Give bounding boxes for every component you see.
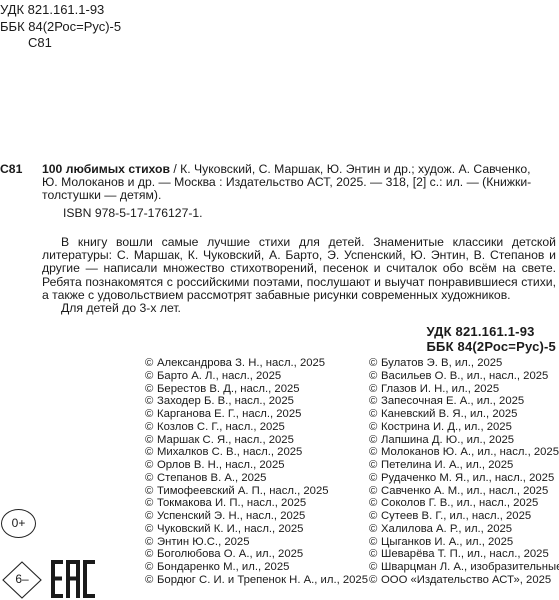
copyright-icon: © — [145, 383, 157, 396]
copyright-icon: © — [145, 446, 157, 459]
copyright-icon: © — [145, 548, 157, 561]
copyright-item: ©Чуковский К. И., насл., 2025 — [145, 523, 368, 536]
copyright-icon: © — [145, 574, 157, 587]
copyright-holder: Савченко А. М., ил., насл., 2025 — [381, 485, 548, 497]
copyright-holder: Заходер Б. В., насл., 2025 — [157, 395, 294, 407]
copyright-icon: © — [369, 446, 381, 459]
copyright-item: ©Степанов В. А., 2025 — [145, 472, 368, 485]
copyright-icon: © — [145, 395, 157, 408]
copyright-holder: Чуковский К. И., насл., 2025 — [157, 523, 303, 535]
copyright-icon: © — [369, 497, 381, 510]
copyright-item: ©Михалков С. В., насл., 2025 — [145, 446, 368, 459]
copyright-item: ©Васильев О. В., ил., насл., 2025 — [369, 370, 559, 383]
copyright-holder: Бондаренко М., ил., 2025 — [157, 561, 289, 573]
copyright-holder: Успенский Э. Н., насл., 2025 — [157, 510, 305, 522]
udk-code-top: УДК 821.161.1-93 — [0, 2, 121, 19]
copyright-icon: © — [369, 561, 381, 574]
copyright-item: ©Рудаченко М. Я., ил., насл., 2025 — [369, 472, 559, 485]
copyright-icon: © — [369, 434, 381, 447]
age-rating-badge: 0+ — [1, 509, 36, 538]
copyright-item: ©Шварцман Л. А., изобразительные персона… — [369, 561, 559, 574]
copyright-icon: © — [145, 523, 157, 536]
copyright-item: ©Берестов В. Д., насл., 2025 — [145, 383, 368, 396]
copyright-holder: Глазов И. Н., ил., 2025 — [381, 383, 499, 395]
copyright-icon: © — [369, 536, 381, 549]
copyright-icon: © — [369, 459, 381, 472]
copyright-item: ©Карганова Е. Г., насл., 2025 — [145, 408, 368, 421]
copyright-icon: © — [145, 459, 157, 472]
copyright-item: ©Молоканов Ю. А., ил., насл., 2025 — [369, 446, 559, 459]
copyright-item: ©Каневский В. Я., ил., 2025 — [369, 408, 559, 421]
age-note: Для детей до 3-х лет. — [42, 302, 556, 315]
top-classification-codes: УДК 821.161.1-93 ББК 84(2Рос=Рус)-5 С81 — [0, 2, 121, 52]
copyright-holder: Булатов Э. В, ил., 2025 — [381, 357, 502, 369]
bbk-code-top: ББК 84(2Рос=Рус)-5 — [0, 19, 121, 36]
copyright-holder: Боголюбова О. А., ил., 2025 — [157, 548, 303, 560]
copyright-icon: © — [145, 421, 157, 434]
eac-mark-icon — [50, 559, 96, 599]
copyright-icon: © — [369, 370, 381, 383]
copyright-item: ©Сутеев В. Г., ил., насл., 2025 — [369, 510, 559, 523]
copyright-holder: Карганова Е. Г., насл., 2025 — [157, 408, 301, 420]
udk-code: УДК 821.161.1-93 — [427, 324, 557, 339]
copyright-icon: © — [369, 395, 381, 408]
copyright-holder: Барто А. Л., насл., 2025 — [157, 370, 281, 382]
copyright-list-left: ©Александрова З. Н., насл., 2025©Барто А… — [145, 357, 368, 587]
copyright-holder: Васильев О. В., ил., насл., 2025 — [381, 370, 548, 382]
bibliographic-record: С81100 любимых стихов / К. Чуковский, С.… — [0, 163, 556, 203]
copyright-holder: Молоканов Ю. А., ил., насл., 2025 — [381, 446, 559, 458]
copyright-icon: © — [369, 383, 381, 396]
copyright-icon: © — [145, 485, 157, 498]
copyright-item: ©Бондаренко М., ил., 2025 — [145, 561, 368, 574]
copyright-icon: © — [369, 510, 381, 523]
copyright-holder: Лапшина Д. Ю., ил., 2025 — [381, 434, 514, 446]
copyright-item: ©Лапшина Д. Ю., ил., 2025 — [369, 434, 559, 447]
copyright-item: ©Запесочная Е. А., ил., 2025 — [369, 395, 559, 408]
copyright-holder: Соколов Г. В., ил., насл., 2025 — [381, 497, 538, 509]
copyright-item: ©Цыганков И. А., ил., 2025 — [369, 536, 559, 549]
copyright-holder: Орлов В. Н., насл., 2025 — [157, 459, 285, 471]
copyright-item: ©Петелина И. А., ил., 2025 — [369, 459, 559, 472]
copyright-item: ©Бордюг С. И. и Трепенок Н. А., ил., 202… — [145, 574, 368, 587]
copyright-item: ©Кострина И. Д., ил., 2025 — [369, 421, 559, 434]
annotation: В книгу вошли самые лучшие стихи для дет… — [42, 236, 556, 315]
biblio-line-3: толстушки — детям). — [0, 189, 556, 202]
copyright-item: ©Боголюбова О. А., ил., 2025 — [145, 548, 368, 561]
copyright-icon: © — [145, 357, 157, 370]
book-title: 100 любимых стихов — [42, 162, 170, 176]
copyright-holder: Александрова З. Н., насл., 2025 — [157, 357, 325, 369]
bbk-code: ББК 84(2Рос=Рус)-5 — [427, 339, 557, 354]
copyright-item: ©Александрова З. Н., насл., 2025 — [145, 357, 368, 370]
right-classification-codes: УДК 821.161.1-93 ББК 84(2Рос=Рус)-5 — [427, 324, 557, 354]
copyright-holder: Маршак С. Я., насл., 2025 — [157, 434, 294, 446]
copyright-holder: Запесочная Е. А., ил., 2025 — [381, 395, 524, 407]
copyright-holder: Козлов С. Г., насл., 2025 — [157, 421, 285, 433]
copyright-holder: Кострина И. Д., ил., 2025 — [381, 421, 512, 433]
copyright-item: ©Барто А. Л., насл., 2025 — [145, 370, 368, 383]
copyright-item: ©Заходер Б. В., насл., 2025 — [145, 395, 368, 408]
copyright-item: ©Орлов В. Н., насл., 2025 — [145, 459, 368, 472]
copyright-holder: Рудаченко М. Я., ил., насл., 2025 — [381, 472, 554, 484]
copyright-icon: © — [369, 357, 381, 370]
copyright-item: ©Глазов И. Н., ил., 2025 — [369, 383, 559, 396]
copyright-icon: © — [145, 536, 157, 549]
copyright-icon: © — [369, 523, 381, 536]
copyright-icon: © — [369, 472, 381, 485]
copyright-icon: © — [369, 548, 381, 561]
copyright-holder: Петелина И. А., ил., 2025 — [381, 459, 513, 471]
copyright-item: ©Энтин Ю.С., 2025 — [145, 536, 368, 549]
copyright-holder: Сутеев В. Г., ил., насл., 2025 — [381, 510, 531, 522]
age-limit-text: 6– — [2, 561, 42, 599]
copyright-icon: © — [145, 370, 157, 383]
age-rating-text: 0+ — [12, 517, 26, 530]
copyright-holder: Шеварёва Т. П., ил., насл., 2025 — [381, 548, 549, 560]
copyright-item: ©Халилова А. Р., ил., 2025 — [369, 523, 559, 536]
copyright-holder: ООО «Издательство АСТ», 2025 — [381, 574, 551, 586]
age-limit-diamond: 6– — [2, 561, 42, 600]
isbn: ISBN 978-5-17-176127-1. — [63, 207, 203, 220]
copyright-icon: © — [145, 408, 157, 421]
copyright-item: ©Булатов Э. В, ил., 2025 — [369, 357, 559, 370]
copyright-item: ©Успенский Э. Н., насл., 2025 — [145, 510, 368, 523]
copyright-icon: © — [145, 561, 157, 574]
copyright-item: ©Соколов Г. В., ил., насл., 2025 — [369, 497, 559, 510]
author-cipher-top: С81 — [0, 35, 121, 52]
copyright-icon: © — [145, 434, 157, 447]
copyright-list-right: ©Булатов Э. В, ил., 2025©Васильев О. В.,… — [369, 357, 559, 587]
copyright-icon: © — [369, 421, 381, 434]
copyright-item: ©ООО «Издательство АСТ», 2025 — [369, 574, 559, 587]
copyright-holder: Бордюг С. И. и Трепенок Н. А., ил., 2025 — [157, 574, 368, 586]
copyright-icon: © — [369, 408, 381, 421]
copyright-holder: Тимофеевский А. П., насл., 2025 — [157, 485, 329, 497]
copyright-holder: Шварцман Л. А., изобразительные персонаж… — [381, 561, 559, 573]
copyright-item: ©Козлов С. Г., насл., 2025 — [145, 421, 368, 434]
biblio-authors: / К. Чуковский, С. Маршак, Ю. Энтин и др… — [170, 162, 531, 176]
copyright-icon: © — [369, 574, 381, 587]
copyright-holder: Михалков С. В., насл., 2025 — [157, 446, 302, 458]
copyright-icon: © — [145, 510, 157, 523]
copyright-holder: Берестов В. Д., насл., 2025 — [157, 383, 300, 395]
copyright-holder: Каневский В. Я., ил., 2025 — [381, 408, 517, 420]
copyright-item: ©Шеварёва Т. П., ил., насл., 2025 — [369, 548, 559, 561]
copyright-icon: © — [145, 497, 157, 510]
copyright-item: ©Савченко А. М., ил., насл., 2025 — [369, 485, 559, 498]
copyright-holder: Цыганков И. А., ил., 2025 — [381, 536, 513, 548]
annotation-text: В книгу вошли самые лучшие стихи для дет… — [42, 236, 556, 302]
copyright-holder: Степанов В. А., 2025 — [157, 472, 266, 484]
author-cipher: С81 — [0, 163, 42, 176]
copyright-item: ©Маршак С. Я., насл., 2025 — [145, 434, 368, 447]
copyright-holder: Энтин Ю.С., 2025 — [157, 536, 249, 548]
copyright-item: ©Тимофеевский А. П., насл., 2025 — [145, 485, 368, 498]
copyright-icon: © — [145, 472, 157, 485]
copyright-icon: © — [369, 485, 381, 498]
copyright-holder: Халилова А. Р., ил., 2025 — [381, 523, 512, 535]
copyright-item: ©Токмакова И. П., насл., 2025 — [145, 497, 368, 510]
copyright-holder: Токмакова И. П., насл., 2025 — [157, 497, 306, 509]
